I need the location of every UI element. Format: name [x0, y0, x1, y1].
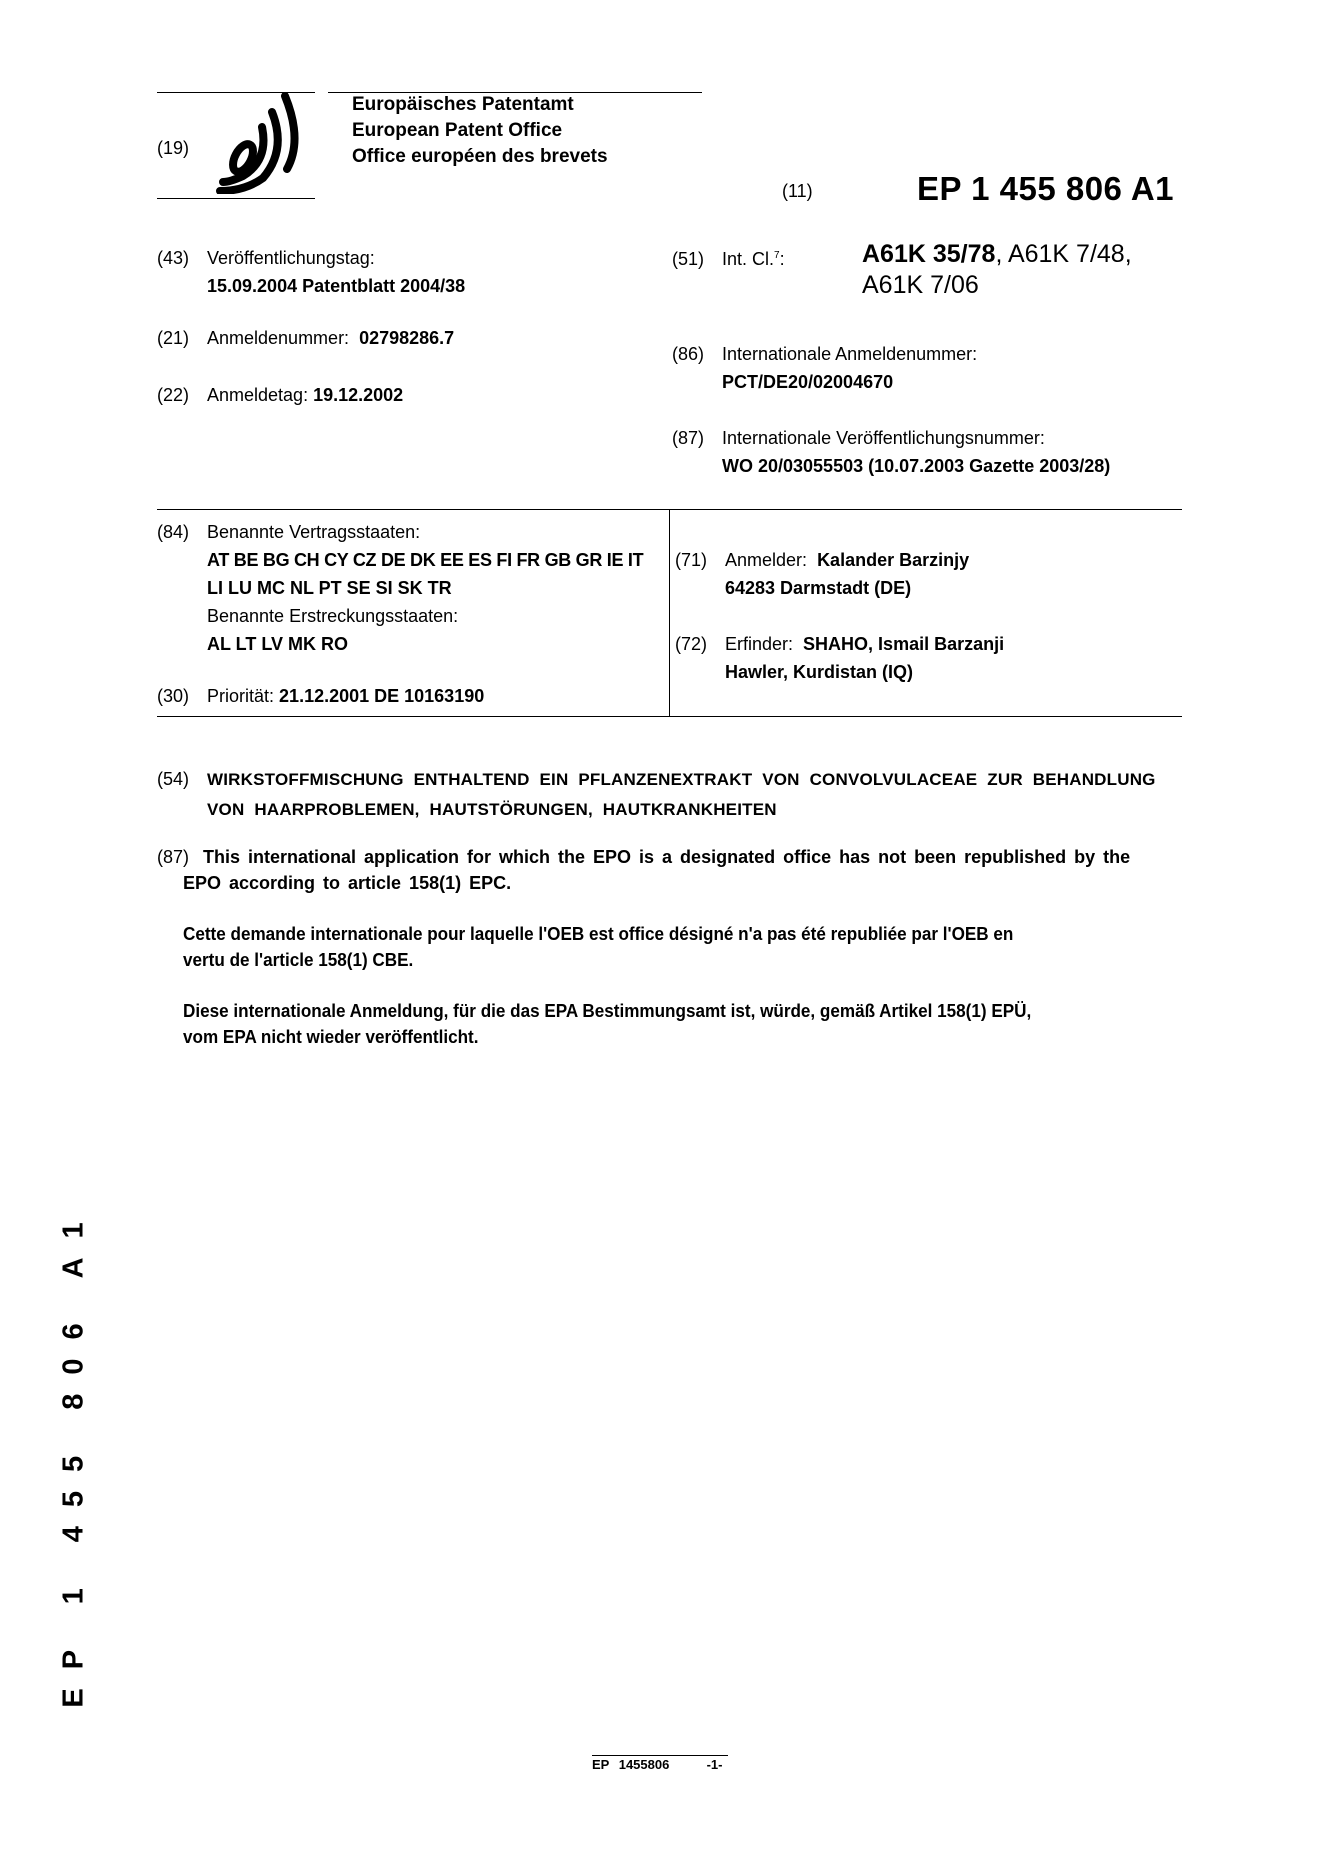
title-line-1: WIRKSTOFFMISCHUNG ENTHALTEND EIN PFLANZE…: [207, 770, 1156, 789]
states-line-1: AT BE BG CH CY CZ DE DK EE ES FI FR GB G…: [157, 546, 643, 574]
int-cl-label: Int. Cl.: [722, 249, 774, 269]
ext-states-label: Benannte Erstreckungsstaaten:: [157, 602, 643, 630]
notice-de: Diese internationale Anmeldung, für die …: [183, 998, 1031, 1050]
title-code: (54): [157, 769, 207, 790]
side-publication-label: EP 1 455 806 A1: [60, 1210, 88, 1700]
int-cl-label-suffix: :: [780, 249, 785, 269]
applicant-code: (71): [675, 546, 725, 574]
ext-states-value: AL LT LV MK RO: [157, 630, 643, 658]
intl-app-label: Internationale Anmeldenummer:: [722, 344, 977, 364]
pub-date-field: (43)Veröffentlichungstag: 15.09.2004 Pat…: [157, 244, 465, 300]
app-number-code: (21): [157, 328, 207, 349]
inventor-name: SHAHO, Ismail Barzanji: [803, 634, 1004, 654]
footer-rule: [592, 1755, 728, 1756]
priority-value: 21.12.2001 DE 10163190: [279, 686, 484, 706]
intl-app-value: PCT/DE20/02004670: [672, 368, 977, 396]
app-number-value: 02798286.7: [359, 328, 454, 348]
int-cl-primary: A61K 35/78: [862, 240, 995, 268]
priority-label: Priorität:: [207, 686, 274, 706]
app-number-label: Anmeldenummer:: [207, 328, 349, 348]
notice-de-line-2: vom EPA nicht wieder veröffentlicht.: [183, 1024, 1031, 1050]
designated-states: (84)Benannte Vertragsstaaten: AT BE BG C…: [157, 518, 643, 658]
intl-pub-label: Internationale Veröffentlichungsnummer:: [722, 428, 1045, 448]
int-cl-secondary-1: , A61K 7/48,: [995, 240, 1131, 268]
intl-app-code: (86): [672, 340, 722, 368]
int-cl-code: (51): [672, 249, 722, 270]
office-name-fr: Office européen des brevets: [352, 144, 608, 170]
notice-fr-line-2: vertu de l'article 158(1) CBE.: [183, 947, 1013, 973]
app-date-label: Anmeldetag:: [207, 385, 308, 405]
app-number-field: (21)Anmeldenummer: 02798286.7: [157, 328, 454, 349]
app-date-value: 19.12.2002: [313, 385, 403, 405]
states-label: Benannte Vertragsstaaten:: [207, 522, 420, 542]
inventor-label: Erfinder:: [725, 634, 793, 654]
applicant-label: Anmelder:: [725, 550, 807, 570]
notice-en-line-1: This international application for which…: [203, 847, 1130, 867]
intl-pub-code: (87): [672, 424, 722, 452]
footer-doc-number: EP 1455806: [592, 1757, 669, 1772]
side-label-text: EP 1 455 806 A1: [58, 1203, 91, 1707]
priority-field: (30)Priorität: 21.12.2001 DE 10163190: [157, 686, 484, 707]
office-names: Europäisches Patentamt European Patent O…: [352, 92, 608, 170]
intl-pub-value: WO 20/03055503 (10.07.2003 Gazette 2003/…: [672, 452, 1110, 480]
notice-fr-line-1: Cette demande internationale pour laquel…: [183, 921, 1013, 947]
applicant-field: (71)Anmelder: Kalander Barzinjy 64283 Da…: [675, 546, 969, 602]
invention-title: (54)WIRKSTOFFMISCHUNG ENTHALTEND EIN PFL…: [157, 765, 1156, 825]
logo-code: (19): [157, 138, 189, 159]
states-code: (84): [157, 518, 207, 546]
publication-number: EP 1 455 806 A1: [917, 170, 1174, 208]
epo-logo-icon: [205, 90, 305, 194]
notice-de-line-1: Diese internationale Anmeldung, für die …: [183, 998, 1031, 1024]
notice-code: (87): [157, 844, 203, 870]
applicant-name: Kalander Barzinjy: [817, 550, 969, 570]
intl-pub-field: (87)Internationale Veröffentlichungsnumm…: [672, 424, 1110, 480]
notice-fr: Cette demande internationale pour laquel…: [183, 921, 1013, 973]
notice-en: (87)This international application for w…: [157, 844, 1130, 896]
pub-number-code: (11): [782, 181, 813, 202]
applicant-address: 64283 Darmstadt (DE): [675, 574, 969, 602]
inventor-code: (72): [675, 630, 725, 658]
footer-page-number: -1-: [707, 1757, 723, 1772]
app-date-field: (22)Anmeldetag: 19.12.2002: [157, 385, 403, 406]
pub-date-value: 15.09.2004 Patentblatt 2004/38: [157, 272, 465, 300]
states-line-2: LI LU MC NL PT SE SI SK TR: [157, 574, 643, 602]
pub-date-code: (43): [157, 244, 207, 272]
office-name-de: Europäisches Patentamt: [352, 92, 608, 118]
int-cl-field: (51)Int. Cl.7:: [672, 249, 785, 270]
office-name-en: European Patent Office: [352, 118, 608, 144]
header-rule-left-bottom: [157, 198, 315, 199]
box-rule-bottom: [157, 716, 1182, 717]
pub-date-label: Veröffentlichungstag:: [207, 248, 375, 268]
title-line-2: VON HAARPROBLEMEN, HAUTSTÖRUNGEN, HAUTKR…: [157, 795, 1156, 825]
int-cl-secondary-2: A61K 7/06: [862, 270, 1132, 301]
app-date-code: (22): [157, 385, 207, 406]
inventor-address: Hawler, Kurdistan (IQ): [675, 658, 1004, 686]
inventor-field: (72)Erfinder: SHAHO, Ismail Barzanji Haw…: [675, 630, 1004, 686]
intl-app-field: (86)Internationale Anmeldenummer: PCT/DE…: [672, 340, 977, 396]
notice-en-line-2: EPO according to article 158(1) EPC.: [157, 870, 1130, 896]
priority-code: (30): [157, 686, 207, 707]
footer: EP 1455806 -1-: [592, 1757, 722, 1772]
box-divider: [669, 509, 670, 716]
int-cl-values: A61K 35/78, A61K 7/48, A61K 7/06: [862, 239, 1132, 301]
